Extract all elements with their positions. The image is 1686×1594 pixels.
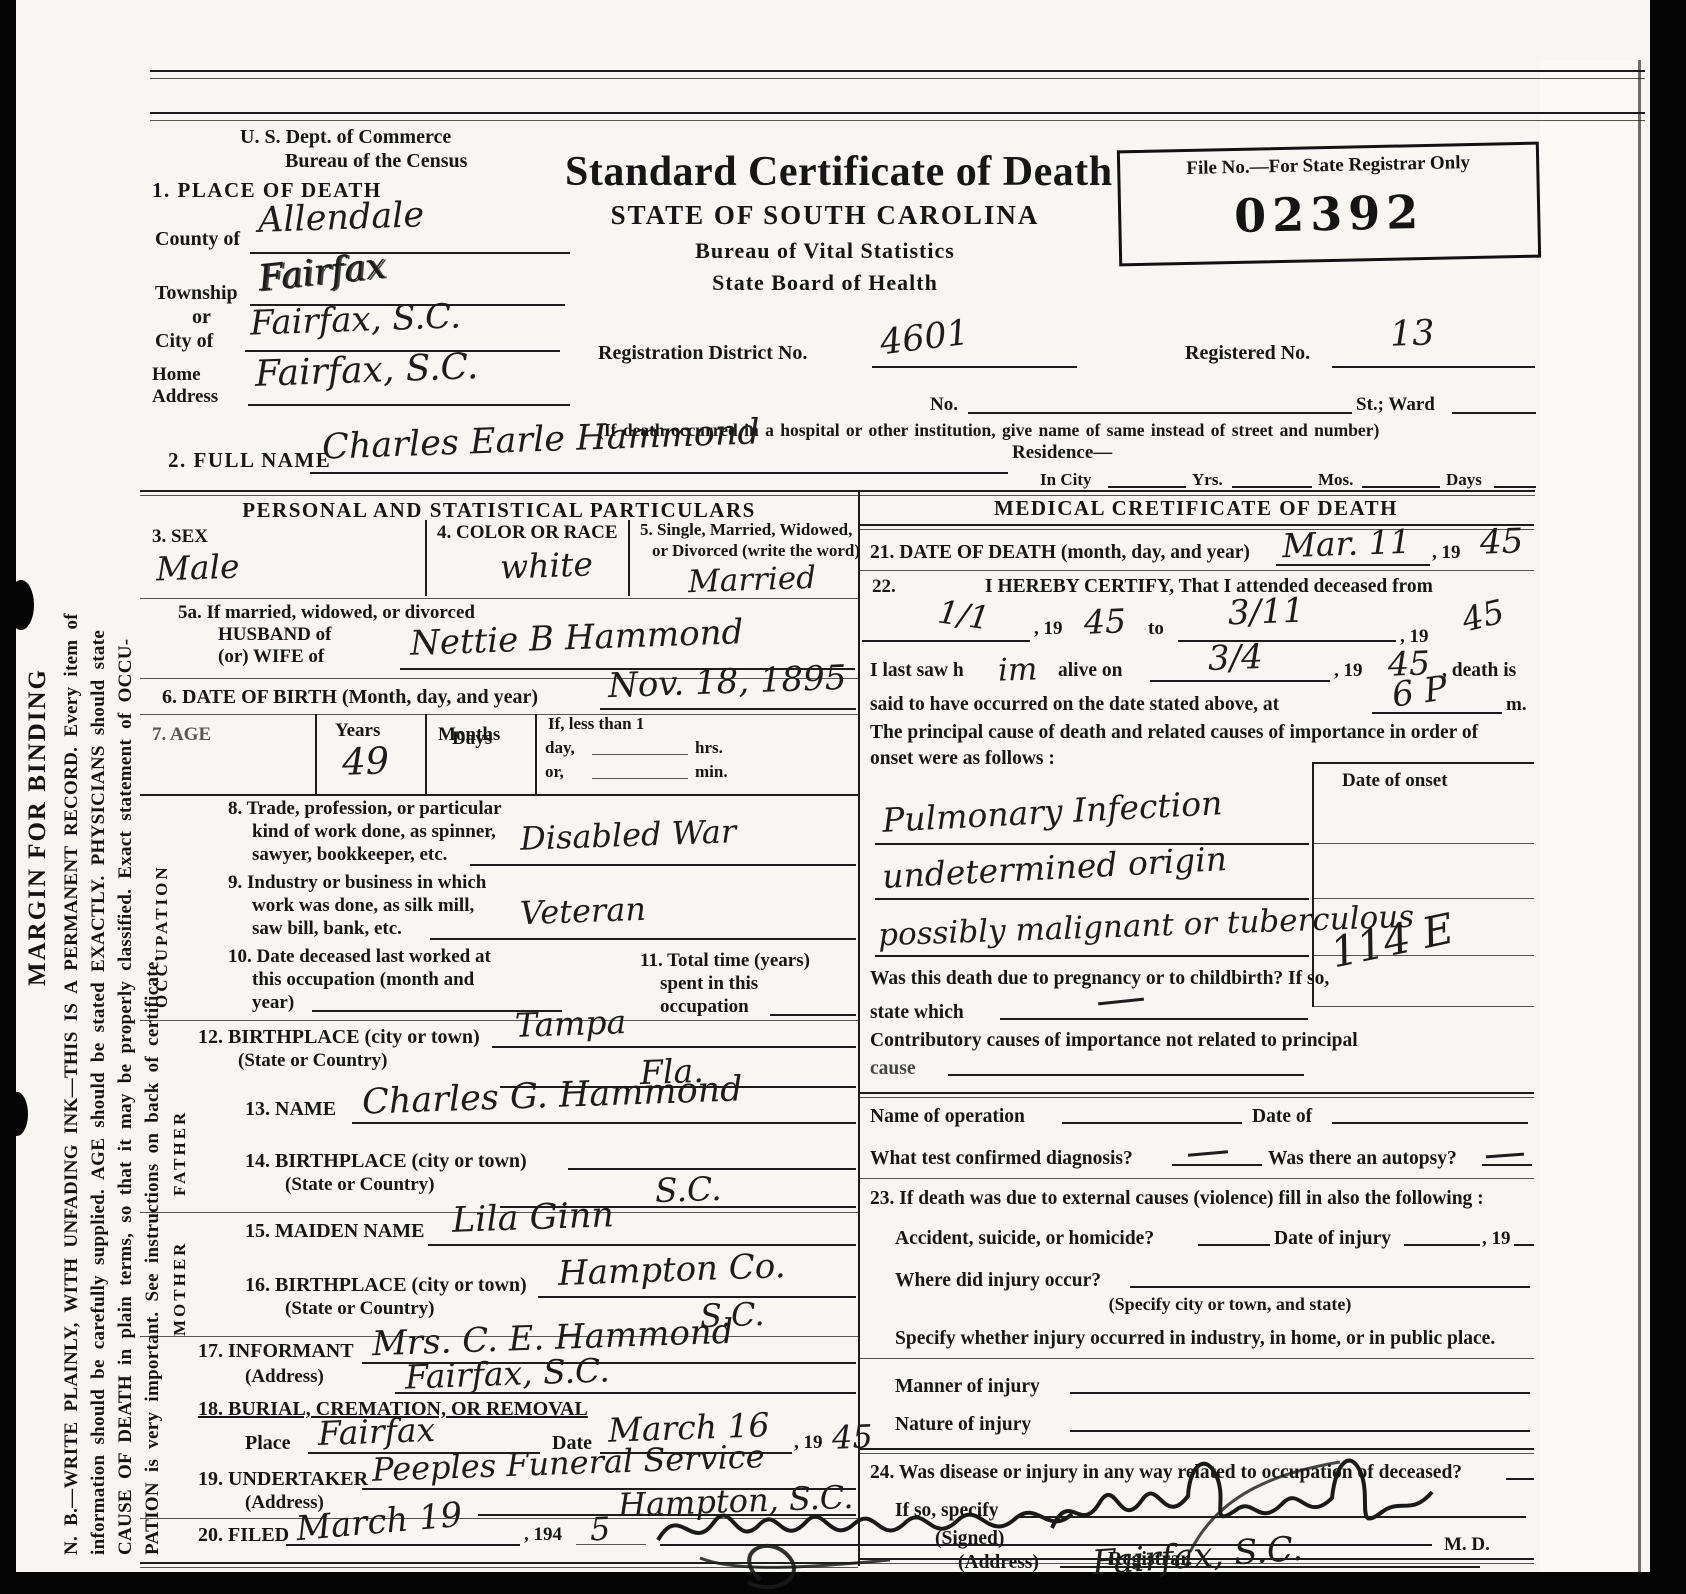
home-label: Home — [152, 364, 201, 386]
father-birthplace-label: 14. BIRTHPLACE (city or town) — [245, 1150, 527, 1173]
onset-rule — [1312, 1006, 1534, 1007]
date-of-death-label: 21. DATE OF DEATH (month, day, and year) — [870, 542, 1250, 564]
vital-statistics-line: Bureau of Vital Statistics — [565, 238, 1085, 264]
blank-line — [1060, 1566, 1480, 1568]
blank-line — [1494, 486, 1536, 488]
occ-lastworked-label-1: 10. Date deceased last worked at — [228, 946, 491, 968]
form-rule — [858, 1092, 1534, 1094]
filed-year-prefix: , 194 — [524, 1524, 562, 1546]
occ-trade-label-1: 8. Trade, profession, or particular — [228, 798, 502, 820]
contributory-text-2: cause — [870, 1058, 916, 1080]
blank-line — [1452, 412, 1536, 414]
last-saw-19: , 19 — [1334, 660, 1363, 682]
marital-value: Married — [687, 560, 816, 600]
blank-line — [1362, 486, 1440, 488]
blank-line — [1332, 1122, 1528, 1124]
form-rule — [140, 1562, 858, 1564]
age-label: 7. AGE — [152, 724, 211, 746]
race-label: 4. COLOR OR RACE — [437, 522, 618, 544]
burial-year-prefix: , 19 — [794, 1432, 823, 1454]
mother-birthplace-label: 16. BIRTHPLACE (city or town) — [245, 1274, 527, 1297]
county-value: Allendale — [257, 195, 424, 241]
board-of-health-line: State Board of Health — [565, 270, 1085, 296]
autopsy-label: Was there an autopsy? — [1268, 1148, 1457, 1170]
sex-label: 3. SEX — [152, 526, 208, 548]
date-of-death-19: , 19 — [1432, 542, 1461, 564]
nature-of-injury-label: Nature of injury — [895, 1414, 1031, 1436]
margin-nb-line: CAUSE OF DEATH in plain terms, so that i… — [112, 100, 139, 1555]
blank-line — [1332, 366, 1535, 368]
cell-divider — [425, 714, 427, 794]
blank-line — [872, 366, 1077, 368]
external-causes-text: 23. If death was due to external causes … — [870, 1188, 1484, 1210]
occupation-vertical-label: OCCUPATION — [152, 798, 172, 1008]
address-label: Address — [152, 386, 218, 408]
last-saw-label: I last saw h — [870, 660, 964, 682]
informant-address-value: Fairfax, S.C. — [404, 1350, 610, 1396]
mother-birthplace-sub: (State or Country) — [285, 1298, 435, 1320]
pregnancy-question: Was this death due to pregnancy or to ch… — [870, 968, 1329, 990]
occ-totaltime-label-1: 11. Total time (years) — [640, 950, 810, 972]
margin-nb-line: information should be carefully supplied… — [85, 100, 112, 1555]
or-label: or — [192, 306, 211, 329]
county-label: County of — [155, 228, 240, 251]
dob-value: Nov. 18, 1895 — [607, 658, 847, 706]
column-divider — [858, 490, 860, 1566]
yrs-label: Yrs. — [1192, 470, 1223, 490]
accident-label: Accident, suicide, or homicide? — [895, 1228, 1154, 1250]
township-label: Township — [155, 282, 238, 305]
marital-label: 5. Single, Married, Widowed, — [640, 520, 852, 540]
occ-industry-label-3: saw bill, bank, etc. — [252, 918, 402, 940]
principal-cause-text-2: onset were as follows : — [870, 748, 1055, 770]
time-m-label: m. — [1506, 694, 1527, 716]
form-rule — [858, 1097, 1534, 1098]
husband-of-label: HUSBAND of — [218, 624, 331, 646]
death-is-label: , death is — [1442, 660, 1516, 682]
form-rule — [858, 1178, 1534, 1179]
form-rule — [140, 490, 1535, 492]
blank-line — [875, 955, 1309, 957]
blank-line — [248, 404, 570, 406]
onset-rule — [1312, 898, 1534, 899]
file-no-label: File No.—For State Registrar Only — [1120, 151, 1536, 182]
birthplace-label: 12. BIRTHPLACE (city or town) — [198, 1026, 480, 1049]
mos-label: Mos. — [1318, 470, 1353, 490]
form-rule — [140, 598, 858, 599]
marital-label2: or Divorced (write the word) — [652, 541, 860, 561]
birthplace-sub-label: (State or Country) — [238, 1050, 388, 1072]
form-rule — [858, 524, 1534, 526]
blank-line — [1198, 1244, 1270, 1246]
file-number-box: File No.—For State Registrar Only 02392 — [1117, 142, 1541, 267]
full-name-label: 2. FULL NAME — [168, 448, 331, 473]
cause-line-2: undetermined origin — [881, 839, 1228, 896]
attended-19-a: , 19 — [1034, 618, 1063, 640]
blank-line — [538, 1296, 856, 1298]
occ-lastworked-label-2: this occupation (month and — [252, 969, 474, 991]
age-day-label: day, — [545, 738, 575, 758]
where-injury-label: Where did injury occur? — [895, 1270, 1101, 1292]
scan-edge-left — [0, 0, 16, 1594]
filed-label: 20. FILED — [198, 1524, 289, 1547]
occ-trade-label-2: kind of work done, as spinner, — [252, 821, 496, 843]
signed-label: (Signed) — [935, 1528, 1004, 1550]
form-rule — [150, 78, 1645, 79]
last-saw-him: im — [997, 651, 1038, 688]
burial-place-label: Place — [245, 1432, 291, 1455]
alive-on-label: alive on — [1058, 660, 1122, 682]
form-rule — [858, 1358, 1534, 1359]
blank-line — [1404, 1244, 1480, 1246]
blank-line — [1232, 486, 1312, 488]
in-city-label: In City — [1040, 470, 1091, 490]
burial-place-value: Fairfax — [317, 1410, 435, 1453]
city-value: Fairfax, S.C. — [249, 296, 461, 343]
home-address-value: Fairfax, S.C. — [254, 346, 479, 395]
paper-edge — [1638, 60, 1641, 1572]
blank-line — [1150, 680, 1330, 682]
sex-value: Male — [155, 547, 240, 589]
bureau-line: Bureau of the Census — [285, 150, 467, 173]
state-which-label: state which — [870, 1002, 964, 1024]
mother-vertical-label: MOTHER — [170, 1216, 190, 1336]
blank-line — [770, 1014, 856, 1016]
mother-birthplace-city: Hampton Co. — [557, 1246, 786, 1294]
father-birthplace-value: S.C. — [654, 1169, 722, 1210]
date-of-death-year: 45 — [1479, 521, 1524, 562]
blank-line — [428, 1244, 856, 1246]
registered-no-label: Registered No. — [1185, 342, 1310, 365]
registration-district-value: 4601 — [878, 313, 971, 364]
filed-year-value: 5 — [589, 1510, 611, 1549]
specify-city-label: (Specify city or town, and state) — [1020, 1294, 1440, 1315]
attended-from-value: 1/1 — [936, 593, 992, 638]
full-name-value: Charles Earle Hammond — [321, 412, 760, 467]
form-rule — [150, 120, 1645, 121]
medical-certificate-heading: MEDICAL CRETIFICATE OF DEATH — [858, 496, 1534, 521]
occ-trade-label-3: sawyer, bookkeeper, etc. — [252, 844, 447, 866]
pen-dash — [1486, 1153, 1524, 1159]
death-certificate-scan: MARGIN FOR BINDING N. B.—WRITE PLAINLY, … — [0, 0, 1686, 1594]
age-days-label: Days — [452, 728, 492, 750]
manner-of-injury-label: Manner of injury — [895, 1376, 1040, 1398]
mother-maiden-label: 15. MAIDEN NAME — [245, 1220, 424, 1243]
form-rule — [140, 794, 858, 796]
date-of-death-value: Mar. 11 — [1281, 522, 1411, 565]
certificate-title: Standard Certificate of Death — [565, 148, 1085, 196]
form-rule — [150, 112, 1645, 114]
form-rule — [150, 70, 1645, 72]
age-min-label: min. — [695, 762, 728, 782]
registered-no-value: 13 — [1389, 313, 1435, 355]
dob-label: 6. DATE OF BIRTH (Month, day, and year) — [162, 686, 538, 709]
death-time-value: 6 P — [1389, 668, 1449, 715]
form-rule — [140, 1567, 858, 1568]
blank-line — [1172, 1164, 1262, 1166]
state-title: STATE OF SOUTH CAROLINA — [565, 200, 1085, 231]
date-of-onset-label: Date of onset — [1342, 770, 1448, 792]
injury-date-label: Date of injury — [1274, 1228, 1391, 1250]
burial-year-value: 45 — [831, 1417, 873, 1456]
occ-totaltime-label-3: occupation — [660, 996, 749, 1018]
blank-line — [1372, 712, 1502, 714]
blank-line — [1062, 1122, 1242, 1124]
spouse-label: 5a. If married, widowed, or divorced — [178, 602, 475, 624]
blank-line — [592, 754, 688, 755]
registration-district-label: Registration District No. — [598, 342, 807, 365]
race-value: white — [499, 544, 593, 586]
test-label: What test confirmed diagnosis? — [870, 1148, 1133, 1170]
operation-label: Name of operation — [870, 1106, 1025, 1128]
blank-line — [430, 938, 856, 940]
injury-19-label: , 19 — [1482, 1228, 1511, 1250]
informant-label: 17. INFORMANT — [198, 1340, 354, 1363]
cell-divider — [315, 714, 317, 794]
form-rule — [140, 1020, 858, 1021]
blank-line — [1000, 1018, 1308, 1020]
if-so-specify-label: If so, specify — [895, 1500, 998, 1522]
cell-divider — [535, 714, 537, 794]
blank-line — [1506, 1478, 1534, 1480]
father-name-label: 13. NAME — [245, 1098, 336, 1121]
undertaker-label: 19. UNDERTAKER — [198, 1468, 368, 1491]
blank-line — [576, 1544, 646, 1545]
blank-line — [660, 1544, 1090, 1546]
onset-rule — [1312, 843, 1534, 844]
occ-industry-value: Veteran — [519, 890, 646, 932]
blank-line — [395, 1392, 856, 1394]
age-years-value: 49 — [341, 739, 390, 784]
blank-line — [1514, 1244, 1534, 1246]
operation-date-label: Date of — [1252, 1106, 1312, 1128]
wife-of-label: (or) WIFE of — [218, 646, 324, 668]
blank-line — [1070, 1392, 1530, 1394]
item-22-number: 22. — [872, 576, 896, 598]
margin-nb-line: N. B.—WRITE PLAINLY, WITH UNFADING INK—T… — [58, 100, 85, 1555]
pen-dash — [1188, 1150, 1228, 1156]
age-or-label: or, — [545, 762, 564, 782]
form-rule — [858, 1558, 1534, 1560]
cell-divider — [628, 520, 630, 596]
scan-edge-right — [1650, 0, 1686, 1594]
days-label: Days — [1446, 470, 1482, 490]
residence-label: Residence— — [1012, 442, 1112, 464]
father-birthplace-sub: (State or Country) — [285, 1174, 435, 1196]
file-no-value: 02392 — [1121, 183, 1538, 246]
occ-trade-value: Disabled War — [519, 812, 736, 858]
last-saw-date: 3/4 — [1207, 637, 1263, 679]
father-vertical-label: FATHER — [170, 1078, 190, 1196]
city-of-label: City of — [155, 330, 213, 353]
blank-line — [1108, 486, 1186, 488]
form-rule — [858, 570, 1534, 571]
st-ward-label: St.; Ward — [1356, 394, 1435, 416]
principal-cause-text-1: The principal cause of death and related… — [870, 722, 1478, 744]
blank-line — [875, 843, 1309, 845]
blank-line — [310, 472, 1008, 474]
age-hrs-label: hrs. — [695, 738, 723, 758]
attended-to-value: 3/11 — [1227, 591, 1305, 634]
street-no-label: No. — [930, 394, 958, 416]
blank-line — [875, 898, 1309, 900]
form-rule — [858, 529, 1534, 530]
form-rule — [140, 714, 858, 715]
informant-address-label: (Address) — [245, 1366, 324, 1388]
blank-line — [352, 1122, 856, 1124]
blank-line — [1276, 564, 1430, 566]
blank-line — [948, 1074, 1304, 1076]
blank-line — [968, 412, 1352, 414]
blank-line — [1482, 1164, 1532, 1166]
onset-box-top — [1312, 762, 1534, 764]
age-less-than-label: If, less than 1 — [548, 714, 644, 734]
contributory-text-1: Contributory causes of importance not re… — [870, 1030, 1358, 1052]
blank-line — [862, 640, 1030, 642]
blank-line — [492, 1046, 856, 1048]
occ-lastworked-label-3: year) — [252, 992, 294, 1014]
attended-to-label: to — [1148, 618, 1164, 640]
cell-divider — [425, 520, 427, 596]
dept-line: U. S. Dept. of Commerce — [240, 126, 451, 149]
father-name-value: Charles G. Hammond — [361, 1069, 743, 1122]
attended-year-a: 45 — [1083, 601, 1126, 641]
mother-maiden-value: Lila Ginn — [451, 1195, 614, 1241]
blank-line — [1130, 1286, 1530, 1288]
pen-dash — [1098, 998, 1144, 1006]
certify-text: I HEREBY CERTIFY, That I attended deceas… — [985, 576, 1433, 598]
paper-backing — [1540, 60, 1638, 1572]
form-rule — [858, 1563, 1534, 1564]
occ-industry-label-1: 9. Industry or business in which — [228, 872, 486, 894]
blank-line — [592, 778, 688, 779]
margin-binding-label: MARGIN FOR BINDING — [18, 100, 58, 1555]
attended-year-b: 45 — [1458, 591, 1508, 639]
blank-line — [470, 864, 856, 866]
occurred-label: said to have occurred on the date stated… — [870, 694, 1279, 716]
occ-industry-label-2: work was done, as silk mill, — [252, 895, 474, 917]
cause-line-1: Pulmonary Infection — [881, 783, 1223, 840]
birthplace-city-value: Tampa — [514, 1002, 627, 1045]
specify-industry-label: Specify whether injury occurred in indus… — [895, 1328, 1495, 1350]
blank-line — [600, 708, 856, 710]
occ-totaltime-label-2: spent in this — [660, 973, 758, 995]
blank-line — [286, 1544, 520, 1546]
